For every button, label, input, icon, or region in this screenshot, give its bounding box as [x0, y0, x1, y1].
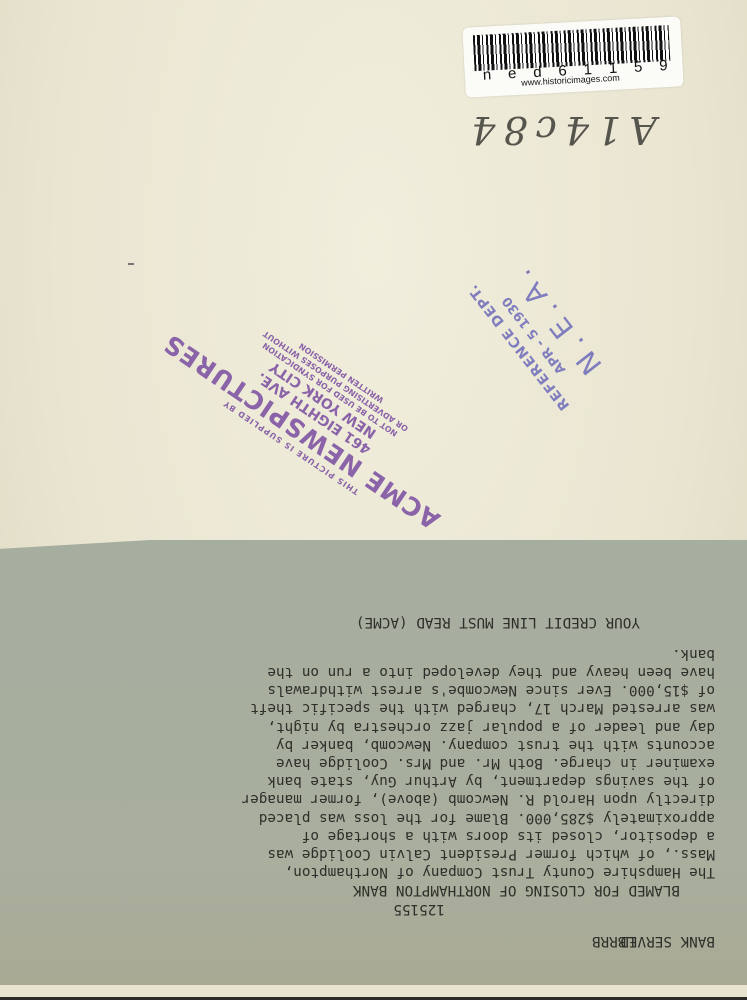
barcode-char: 9: [659, 57, 668, 74]
bottom-edge: [0, 985, 747, 997]
caption-line: bank.: [95, 645, 715, 663]
spacer: [95, 631, 715, 645]
spacer: [95, 918, 715, 932]
caption-line: of $15,000. Ever since Newcombe's arrest…: [95, 681, 715, 699]
barcode-char: n: [482, 66, 491, 83]
caption-line: directly upon Harold R. Newcomb (above),…: [95, 790, 715, 808]
barcode-char: e: [508, 65, 517, 82]
caption-line: approximately $285,000. Blame for the lo…: [95, 808, 715, 826]
caption-line: Mass., of which former President Calvin …: [95, 845, 715, 863]
caption-line: a depositor, closed its doors with a sho…: [95, 827, 715, 845]
caption-headline: BLAMED FOR CLOSING OF NORTHAMPTON BANK: [95, 881, 680, 899]
caption-line: The Hampshire County Trust Company of No…: [95, 863, 715, 881]
caption-slug: BANK SERVED: [95, 932, 715, 950]
caption-line: day and leader of a popular jazz orchest…: [95, 717, 715, 735]
caption-line: accounts with the trust company. Newcomb…: [95, 736, 715, 754]
caption-line: examiner in charge. Both Mr. and Mrs. Co…: [95, 754, 715, 772]
caption-line: was arrested March 17, charged with the …: [95, 699, 715, 717]
caption-line: of the savings department, by Arthur Guy…: [95, 772, 715, 790]
caption-text: LBRRB BANK SERVED 125155 BLAMED FOR CLOS…: [95, 560, 715, 950]
barcode-label: n e d 6 1 1 5 9 www.historicimages.com: [462, 16, 683, 97]
caption-line: have been heavy and they developed into …: [95, 663, 715, 681]
caption-number: 125155: [95, 899, 445, 917]
barcode-char: 5: [634, 58, 643, 75]
handwritten-note: A14c84: [420, 100, 700, 160]
pencil-mark: [128, 263, 134, 265]
caption-credit-line: YOUR CREDIT LINE MUST READ (ACME): [95, 612, 640, 630]
